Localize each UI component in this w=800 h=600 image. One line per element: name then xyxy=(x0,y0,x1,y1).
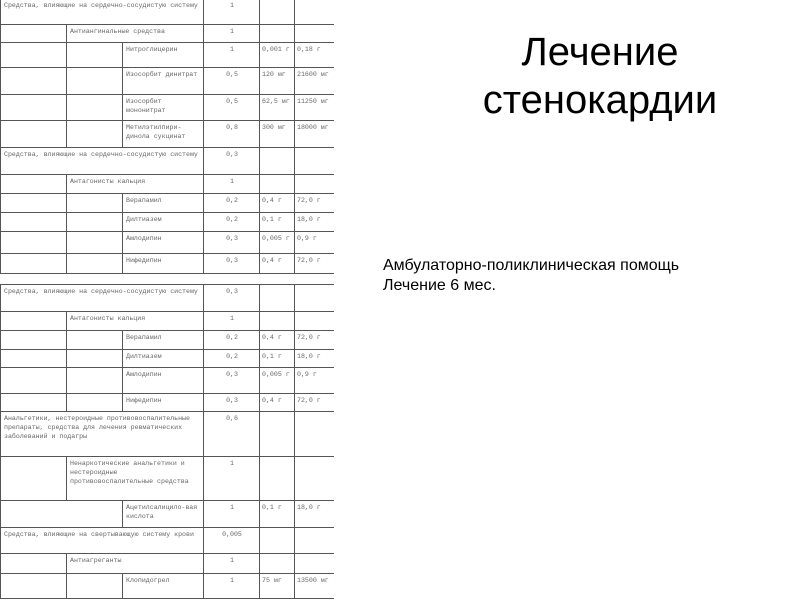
frequency-cell: 0,3 xyxy=(204,394,260,412)
drug-name-cell: Ацетилсалицило-вая кислота xyxy=(123,501,204,528)
daily-dose-cell xyxy=(260,528,295,554)
course-dose-cell: 0,18 г xyxy=(295,43,334,68)
group-name-cell: Средства, влияющие на сердечно-сосудисту… xyxy=(1,148,204,175)
daily-dose-cell xyxy=(260,312,295,331)
frequency-cell: 0,8 xyxy=(204,121,260,148)
indent-cell xyxy=(1,121,67,148)
course-dose-cell xyxy=(295,528,334,554)
title-line-1: Лечение xyxy=(400,28,800,76)
table-row: Антиангинальные средства1 xyxy=(1,25,335,43)
table-row: Ненаркотические анальгетики и нестероидн… xyxy=(1,457,335,501)
table-row: Средства, влияющие на сердечно-сосудисту… xyxy=(1,148,335,175)
daily-dose-cell: 300 мг xyxy=(260,121,295,148)
drug-name-cell: Дилтиазем xyxy=(123,350,204,368)
drug-name-cell: Клопидогрел xyxy=(123,574,204,599)
indent-cell xyxy=(67,43,123,68)
indent-cell xyxy=(1,232,67,254)
daily-dose-cell: 0,4 г xyxy=(260,254,295,274)
table-row: Анальгетики, нестероидные противовоспали… xyxy=(1,412,335,457)
daily-dose-cell xyxy=(260,285,295,312)
indent-cell xyxy=(67,331,123,350)
course-dose-cell: 18,0 г xyxy=(295,350,334,368)
daily-dose-cell: 0,005 г xyxy=(260,232,295,254)
course-dose-cell: 0,9 г xyxy=(295,232,334,254)
daily-dose-cell: 0,005 г xyxy=(260,368,295,394)
indent-cell xyxy=(1,254,67,274)
subtitle-care-type: Амбулаторно-поликлиническая помощь xyxy=(383,256,793,276)
daily-dose-cell: 0,4 г xyxy=(260,394,295,412)
frequency-cell: 1 xyxy=(204,501,260,528)
slide-subtitle: Амбулаторно-поликлиническая помощь Лечен… xyxy=(383,256,793,296)
course-dose-cell xyxy=(295,412,334,457)
drug-name-cell: Нифедипин xyxy=(123,394,204,412)
frequency-cell: 1 xyxy=(204,457,260,501)
table-row: Дилтиазем0,20,1 г18,0 г xyxy=(1,213,335,232)
table-row: Метилэтилпири-динола сукцинат0,8300 мг18… xyxy=(1,121,335,148)
daily-dose-cell xyxy=(260,0,295,25)
subgroup-name-cell: Антагонисты кальция xyxy=(67,312,204,331)
indent-cell xyxy=(67,254,123,274)
daily-dose-cell: 120 мг xyxy=(260,68,295,95)
daily-dose-cell xyxy=(260,148,295,175)
course-dose-cell: 72,0 г xyxy=(295,254,334,274)
table-row: Средства, влияющие на сердечно-сосудисту… xyxy=(1,285,335,312)
indent-cell xyxy=(1,194,67,213)
frequency-cell: 0,2 xyxy=(204,213,260,232)
frequency-cell: 1 xyxy=(204,554,260,574)
course-dose-cell: 11250 мг xyxy=(295,95,334,121)
drug-table-bottom: Средства, влияющие на сердечно-сосудисту… xyxy=(0,284,334,600)
drug-name-cell: Изосорбит динитрат xyxy=(123,68,204,95)
indent-cell xyxy=(1,457,67,501)
daily-dose-cell: 0,001 г xyxy=(260,43,295,68)
indent-cell xyxy=(67,574,123,599)
frequency-cell: 0,2 xyxy=(204,331,260,350)
indent-cell xyxy=(67,121,123,148)
frequency-cell: 0,3 xyxy=(204,148,260,175)
frequency-cell: 1 xyxy=(204,0,260,25)
table-row: Верапамил0,20,4 г72,0 г xyxy=(1,194,335,213)
course-dose-cell: 13500 мг xyxy=(295,574,334,599)
frequency-cell: 0,5 xyxy=(204,68,260,95)
daily-dose-cell: 0,1 г xyxy=(260,213,295,232)
daily-dose-cell xyxy=(260,554,295,574)
table-row: Нифедипин0,30,4 г72,0 г xyxy=(1,394,335,412)
table-row: Ацетилсалицило-вая кислота10,1 г18,0 г xyxy=(1,501,335,528)
course-dose-cell xyxy=(295,25,334,43)
course-dose-cell: 72,0 г xyxy=(295,194,334,213)
daily-dose-cell xyxy=(260,457,295,501)
subgroup-name-cell: Антагонисты кальция xyxy=(67,175,204,194)
course-dose-cell: 18000 мг xyxy=(295,121,334,148)
subgroup-name-cell: Ненаркотические анальгетики и нестероидн… xyxy=(67,457,204,501)
course-dose-cell xyxy=(295,554,334,574)
subgroup-name-cell: Антиангинальные средства xyxy=(67,25,204,43)
course-dose-cell: 21600 мг xyxy=(295,68,334,95)
indent-cell xyxy=(1,213,67,232)
frequency-cell: 0,2 xyxy=(204,350,260,368)
table-row: Амлодипин0,30,005 г0,9 г xyxy=(1,232,335,254)
indent-cell xyxy=(1,350,67,368)
group-name-cell: Анальгетики, нестероидные противовоспали… xyxy=(1,412,204,457)
table-row: Клопидогрел175 мг13500 мг xyxy=(1,574,335,599)
drug-name-cell: Амлодипин xyxy=(123,368,204,394)
drug-name-cell: Метилэтилпири-динола сукцинат xyxy=(123,121,204,148)
course-dose-cell xyxy=(295,0,334,25)
group-name-cell: Средства, влияющие на сердечно-сосудисту… xyxy=(1,285,204,312)
drug-name-cell: Амлодипин xyxy=(123,232,204,254)
subgroup-name-cell: Антиагреганты xyxy=(67,554,204,574)
course-dose-cell: 0,9 г xyxy=(295,368,334,394)
group-name-cell: Средства, влияющие на сердечно-сосудисту… xyxy=(1,0,204,25)
drug-name-cell: Верапамил xyxy=(123,331,204,350)
course-dose-cell xyxy=(295,285,334,312)
course-dose-cell xyxy=(295,312,334,331)
frequency-cell: 0,2 xyxy=(204,194,260,213)
indent-cell xyxy=(1,331,67,350)
drug-name-cell: Нифедипин xyxy=(123,254,204,274)
course-dose-cell: 18,0 г xyxy=(295,501,334,528)
frequency-cell: 1 xyxy=(204,175,260,194)
indent-cell xyxy=(1,25,67,43)
indent-cell xyxy=(1,95,67,121)
table-row: Изосорбит мононитрат0,562,5 мг11250 мг xyxy=(1,95,335,121)
indent-cell xyxy=(1,312,67,331)
drug-table-1: Средства, влияющие на сердечно-сосудисту… xyxy=(0,0,334,274)
indent-cell xyxy=(67,232,123,254)
subtitle-duration: Лечение 6 мес. xyxy=(383,276,793,296)
frequency-cell: 0,3 xyxy=(204,254,260,274)
daily-dose-cell: 0,1 г xyxy=(260,501,295,528)
indent-cell xyxy=(1,574,67,599)
drug-table-2: Средства, влияющие на сердечно-сосудисту… xyxy=(0,284,334,599)
indent-cell xyxy=(1,43,67,68)
indent-cell xyxy=(1,394,67,412)
slide-title: Лечение стенокардии xyxy=(400,28,800,124)
group-name-cell: Средства, влияющие на свертывающую систе… xyxy=(1,528,204,554)
frequency-cell: 0,6 xyxy=(204,412,260,457)
indent-cell xyxy=(67,350,123,368)
drug-name-cell: Дилтиазем xyxy=(123,213,204,232)
indent-cell xyxy=(1,501,123,528)
drug-table-top: Средства, влияющие на сердечно-сосудисту… xyxy=(0,0,334,277)
table-row: Нитроглицерин10,001 г0,18 г xyxy=(1,43,335,68)
table-row: Дилтиазем0,20,1 г18,0 г xyxy=(1,350,335,368)
table-row: Антиагреганты1 xyxy=(1,554,335,574)
course-dose-cell: 18,0 г xyxy=(295,213,334,232)
daily-dose-cell: 0,4 г xyxy=(260,194,295,213)
drug-name-cell: Нитроглицерин xyxy=(123,43,204,68)
indent-cell xyxy=(1,175,67,194)
indent-cell xyxy=(67,95,123,121)
frequency-cell: 0,3 xyxy=(204,368,260,394)
indent-cell xyxy=(1,368,67,394)
daily-dose-cell: 62,5 мг xyxy=(260,95,295,121)
drug-name-cell: Изосорбит мононитрат xyxy=(123,95,204,121)
table-row: Нифедипин0,30,4 г72,0 г xyxy=(1,254,335,274)
title-line-2: стенокардии xyxy=(400,76,800,124)
indent-cell xyxy=(67,394,123,412)
indent-cell xyxy=(1,554,67,574)
frequency-cell: 0,005 xyxy=(204,528,260,554)
frequency-cell: 0,3 xyxy=(204,232,260,254)
daily-dose-cell xyxy=(260,175,295,194)
daily-dose-cell: 0,4 г xyxy=(260,331,295,350)
table-row: Амлодипин0,30,005 г0,9 г xyxy=(1,368,335,394)
indent-cell xyxy=(67,194,123,213)
daily-dose-cell xyxy=(260,412,295,457)
indent-cell xyxy=(67,68,123,95)
indent-cell xyxy=(1,68,67,95)
frequency-cell: 0,5 xyxy=(204,95,260,121)
daily-dose-cell: 75 мг xyxy=(260,574,295,599)
course-dose-cell xyxy=(295,148,334,175)
table-row: Верапамил0,20,4 г72,0 г xyxy=(1,331,335,350)
indent-cell xyxy=(67,213,123,232)
course-dose-cell: 72,0 г xyxy=(295,394,334,412)
frequency-cell: 1 xyxy=(204,574,260,599)
course-dose-cell: 72,0 г xyxy=(295,331,334,350)
course-dose-cell xyxy=(295,457,334,501)
frequency-cell: 1 xyxy=(204,312,260,331)
table-row: Изосорбит динитрат0,5120 мг21600 мг xyxy=(1,68,335,95)
table-row: Антагонисты кальция1 xyxy=(1,175,335,194)
table-row: Средства, влияющие на сердечно-сосудисту… xyxy=(1,0,335,25)
table-row: Средства, влияющие на свертывающую систе… xyxy=(1,528,335,554)
frequency-cell: 0,3 xyxy=(204,285,260,312)
frequency-cell: 1 xyxy=(204,25,260,43)
frequency-cell: 1 xyxy=(204,43,260,68)
daily-dose-cell: 0,1 г xyxy=(260,350,295,368)
indent-cell xyxy=(67,368,123,394)
table-row: Антагонисты кальция1 xyxy=(1,312,335,331)
course-dose-cell xyxy=(295,175,334,194)
drug-name-cell: Верапамил xyxy=(123,194,204,213)
daily-dose-cell xyxy=(260,25,295,43)
